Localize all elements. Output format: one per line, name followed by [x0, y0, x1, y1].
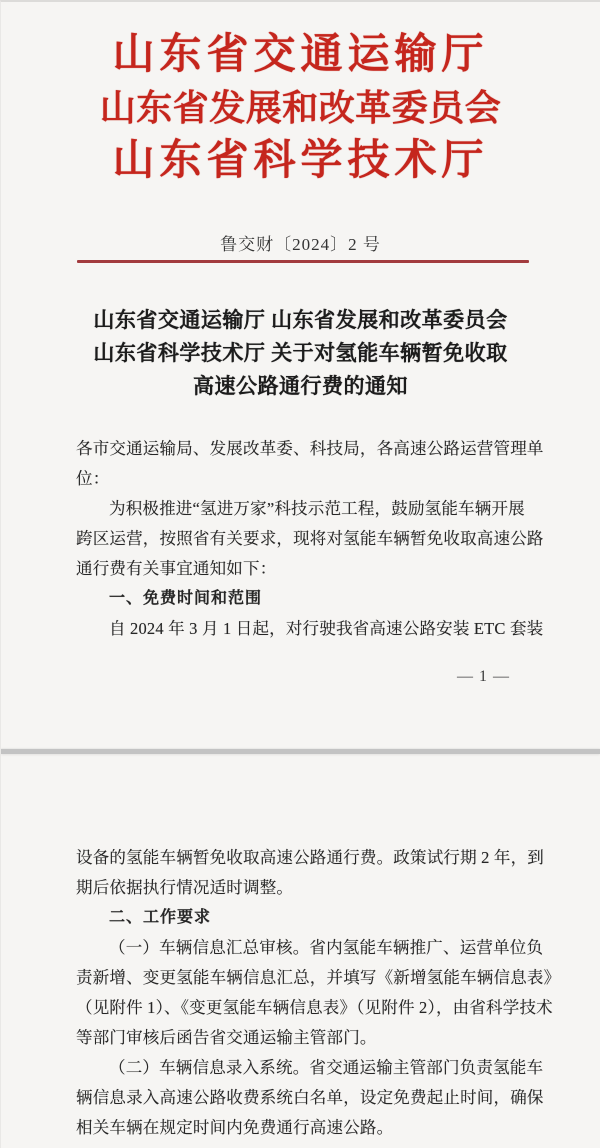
document-number: 鲁交财〔2024〕2 号 — [1, 230, 600, 255]
body-line: （二）车辆信息录入系统。省交通运输主管部门负责氢能车 — [76, 1053, 538, 1083]
title-line-2: 山东省科学技术厅 关于对氢能车辆暂免收取 — [1, 337, 600, 370]
agency-line-development-reform: 山东省发展和改革委员会 — [1, 82, 600, 135]
section-heading-1: 一、免费时间和范围 — [76, 584, 538, 614]
page2-body: 设备的氢能车辆暂免收取高速公路通行费。政策试行期 2 年，到 期后依据执行情况适… — [76, 843, 538, 1143]
body-line: 责新增、变更氢能车辆信息汇总，并填写《新增氢能车辆信息表》 — [76, 963, 538, 993]
body-line: 通行费有关事宜通知如下： — [76, 554, 538, 584]
title-line-3: 高速公路通行费的通知 — [1, 370, 600, 403]
salutation-line: 各市交通运输局、发展改革委、科技局，各高速公路运营管理单 — [76, 434, 538, 464]
red-separator-line — [77, 260, 529, 263]
page1-body: 各市交通运输局、发展改革委、科技局，各高速公路运营管理单 位： 为积极推进“氢进… — [76, 434, 538, 644]
page-number: — 1 — — [1, 668, 600, 686]
section-heading-2: 二、工作要求 — [76, 903, 538, 933]
body-line: 辆信息录入高速公路收费系统白名单，设定免费起止时间，确保 — [76, 1083, 538, 1113]
title-line-1: 山东省交通运输厅 山东省发展和改革委员会 — [1, 304, 600, 337]
body-line: 跨区运营，按照省有关要求，现将对氢能车辆暂免收取高速公路 — [76, 524, 538, 554]
body-line: 相关车辆在规定时间内免费通行高速公路。 — [76, 1113, 538, 1143]
body-line: 为积极推进“氢进万家”科技示范工程，鼓励氢能车辆开展 — [76, 494, 538, 524]
agency-letterhead: 山东省交通运输厅 山东省发展和改革委员会 山东省科学技术厅 — [1, 29, 600, 188]
page-divider — [1, 749, 600, 754]
body-line: 自 2024 年 3 月 1 日起，对行驶我省高速公路安装 ETC 套装 — [76, 614, 538, 644]
document-title: 山东省交通运输厅 山东省发展和改革委员会 山东省科学技术厅 关于对氢能车辆暂免收… — [1, 304, 600, 403]
body-line: 期后依据执行情况适时调整。 — [76, 873, 538, 903]
agency-line-transport: 山东省交通运输厅 — [1, 29, 600, 82]
salutation-line: 位： — [76, 464, 538, 494]
body-line: 设备的氢能车辆暂免收取高速公路通行费。政策试行期 2 年，到 — [76, 843, 538, 873]
agency-line-science-tech: 山东省科学技术厅 — [1, 135, 600, 188]
official-notice-document: 山东省交通运输厅 山东省发展和改革委员会 山东省科学技术厅 鲁交财〔2024〕2… — [0, 0, 600, 1148]
body-line: （见附件 1）、《变更氢能车辆信息表》（见附件 2），由省科学技术 — [76, 993, 538, 1023]
body-line: 等部门审核后函告省交通运输主管部门。 — [76, 1023, 538, 1053]
body-line: （一）车辆信息汇总审核。省内氢能车辆推广、运营单位负 — [76, 933, 538, 963]
